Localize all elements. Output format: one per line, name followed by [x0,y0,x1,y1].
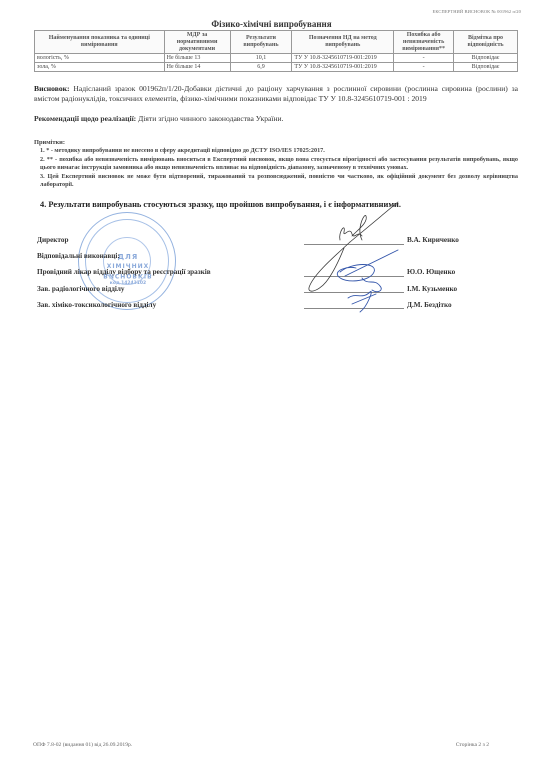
conclusion: Висновок: Надісланий зразок 001962п/1/20… [34,84,518,104]
cell-method: ТУ У 10.8-3245610719-001:2019 [292,63,394,72]
document-reference: ЕКСПЕРТНИЙ ВИСНОВОК № 001962 п/20 [433,9,521,14]
signature-name-director: В.А. Кириченко [407,236,459,244]
notes-title: Примітки: [34,139,65,146]
signature-line [304,308,404,309]
column-header: Найменування показника та одиниці вимірю… [35,31,165,54]
signature-name-lead-doctor: Ю.О. Ющенко [407,268,455,276]
signature-name-radiology-head: І.М. Кузьменко [407,285,457,293]
cell-indicator: зола, % [35,63,165,72]
cell-uncertainty: - [394,63,454,72]
column-header: Похибка або невизначеність вимірювання** [394,31,454,54]
cell-limit: Не більше 14 [164,63,230,72]
note-item: 1. * - методику випробування не внесено … [40,147,518,156]
cell-result: 6,9 [230,63,292,72]
table-row: вологість, % Не більше 13 10,1 ТУ У 10.8… [35,54,518,63]
signature-role-toxicology-head: Зав. хіміко-токсикологічного відділу [37,301,156,309]
conclusion-text: Надісланий зразок 001962п/1/20-Добавки д… [34,84,518,103]
cell-method: ТУ У 10.8-3245610719-001:2019 [292,54,394,63]
cell-result: 10,1 [230,54,292,63]
column-header: Позначення НД на метод випробувань [292,31,394,54]
signature-name-toxicology-head: Д.М. Бездітко [407,301,452,309]
notes-list: 1. * - методику випробування не внесено … [40,147,518,190]
table-row: зола, % Не більше 14 6,9 ТУ У 10.8-32456… [35,63,518,72]
cell-uncertainty: - [394,54,454,63]
test-results-table: Найменування показника та одиниці вимірю… [34,30,518,72]
conclusion-label: Висновок: [34,84,70,93]
recommendation: Рекомендації щодо реалізації: Діяти згід… [34,114,518,124]
column-header: МДР за нормативними документами [164,31,230,54]
signature-line [304,276,404,277]
signature-role-radiology-head: Зав. радіологічного відділу [37,285,125,293]
signature-role-lead-doctor: Провідний лікар відділу відбору та реєст… [37,268,211,276]
table-header-row: Найменування показника та одиниці вимірю… [35,31,518,54]
signature-role-director: Директор [37,236,68,244]
signature-line [304,244,404,245]
column-header: Відмітка про відповідність [454,31,518,54]
note-item: 3. Цей Експертний висновок не може бути … [40,173,518,190]
cell-limit: Не більше 13 [164,54,230,63]
recommendation-text: Діяти згідно чинного законодавства Украї… [138,114,283,123]
note-item: 2. ** - похибка або невизначеність вимір… [40,156,518,173]
section-title: Фізико-хімічні випробування [0,19,543,29]
recommendation-label: Рекомендації щодо реалізації: [34,114,136,123]
column-header: Результати випробувань [230,31,292,54]
note-final: 4. Результати випробувань стосуються зра… [40,200,518,209]
cell-compliance: Відповідає [454,54,518,63]
cell-compliance: Відповідає [454,63,518,72]
signature-line [304,292,404,293]
official-stamp: ДЛЯ ХІМІЧНИХ ВИСНОВКІВ код 14243102 [78,212,176,310]
cell-indicator: вологість, % [35,54,165,63]
footer-form-code: ОПФ 7.8-02 (видання 01) від 26.09.2019р. [33,742,132,748]
signature-role-executors: Відповідальні виконавці: [37,252,120,260]
footer-page-number: Сторінка 2 з 2 [456,742,489,748]
